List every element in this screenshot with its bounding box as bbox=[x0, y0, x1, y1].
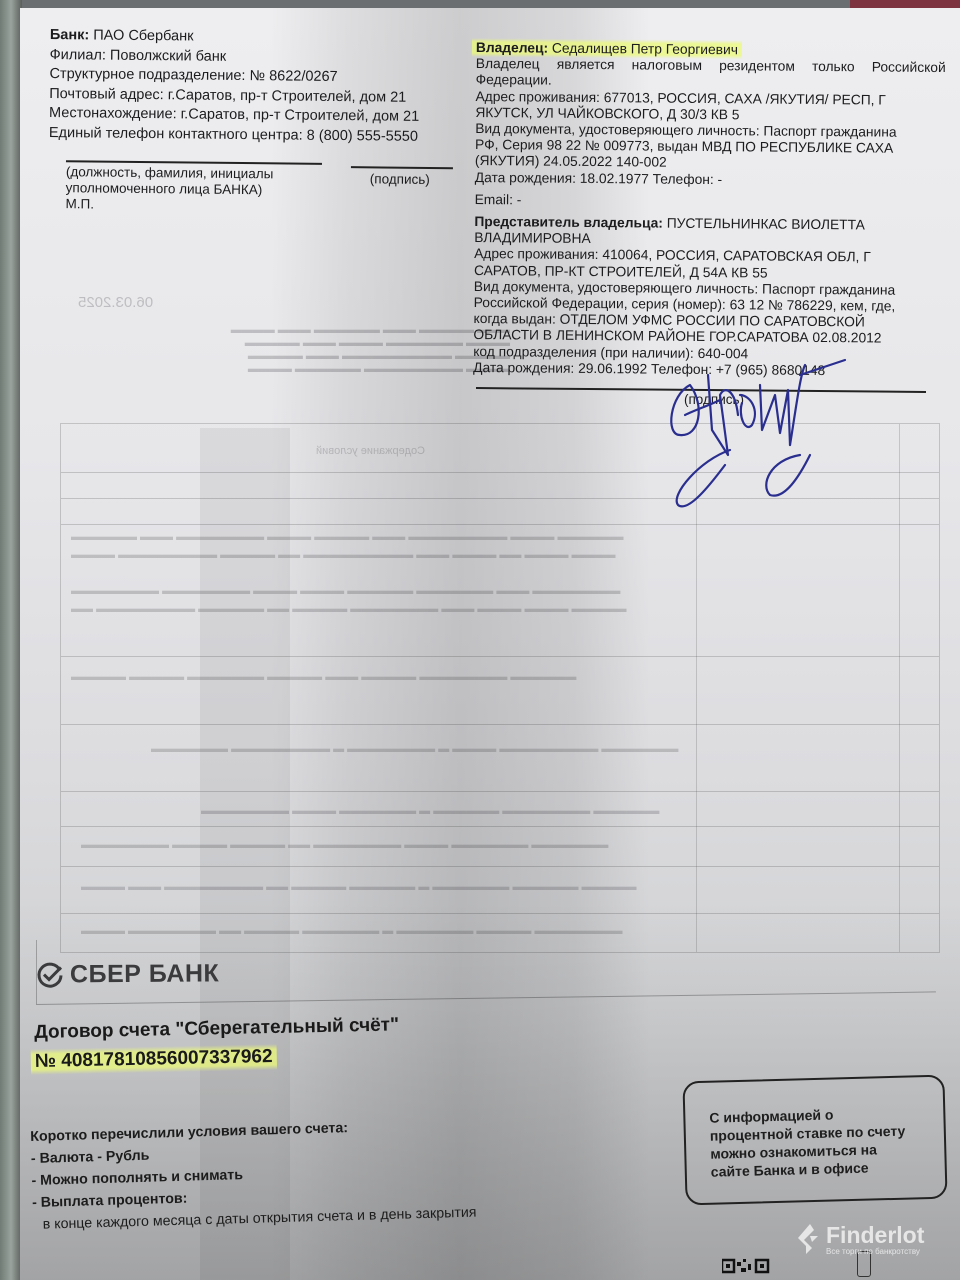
watermark-title: Finderlot bbox=[826, 1223, 924, 1247]
table-row bbox=[61, 656, 939, 657]
table-row bbox=[61, 724, 939, 725]
sber-logo-text: СБЕР БАНК bbox=[70, 959, 219, 989]
word: является bbox=[557, 57, 615, 74]
contract-title-block: Договор счета "Сберегательный счёт" № 40… bbox=[34, 1014, 400, 1075]
watermark-subtitle: Все торги по банкротству bbox=[826, 1247, 924, 1256]
word: только bbox=[812, 59, 855, 76]
owner-label: Владелец: bbox=[476, 40, 548, 56]
table-column-divider bbox=[899, 424, 900, 952]
show-through-text: ▬▬▬▬▬▬ ▬▬▬▬▬▬▬▬ ▬▬▬▬▬▬ ▬ ▬▬▬▬▬▬▬ ▬▬▬▬ ▬▬… bbox=[201, 804, 659, 818]
stamp-label: М.П. bbox=[65, 196, 335, 215]
adjacent-paper-edge bbox=[0, 0, 22, 1280]
show-through-date: 06.03.2025 bbox=[78, 294, 153, 312]
signature-caption: (подпись) bbox=[370, 171, 430, 188]
show-through-text: ▬▬▬▬▬▬▬▬ ▬▬▬▬▬ ▬▬▬▬▬▬▬ ▬ ▬▬▬▬▬▬▬ ▬▬▬▬▬ ▬… bbox=[81, 924, 622, 938]
interest-info-box: С информацией о процентной ставке по сче… bbox=[682, 1075, 947, 1206]
owner-details: Владелец: Седалищев Петр Георгиевич Влад… bbox=[473, 40, 946, 380]
word: Российской bbox=[872, 60, 946, 77]
show-through-text: ▬▬▬▬▬▬ ▬▬▬▬ ▬▬▬▬▬▬▬▬▬ ▬▬▬ ▬▬▬▬▬ ▬▬▬▬ ▬▬▬… bbox=[71, 530, 623, 544]
show-through-text: ▬▬▬▬▬▬▬▬ ▬▬▬ ▬▬▬▬▬▬▬ ▬▬▬▬▬▬ ▬▬▬▬ ▬▬▬▬ ▬▬… bbox=[71, 584, 620, 598]
sber-logo: СБЕР БАНК bbox=[36, 959, 219, 989]
table-row bbox=[61, 791, 939, 792]
show-through-text: ▬▬▬▬▬▬▬ ▬▬▬▬▬▬▬ ▬▬▬▬ ▬▬▬▬▬▬▬▬ ▬▬ ▬▬▬▬▬ ▬… bbox=[81, 838, 608, 852]
representative-name: ПУСТЕЛЬНИНКАС ВИОЛЕТТА bbox=[667, 216, 865, 233]
account-number: № 40817810856007337962 bbox=[31, 1044, 277, 1075]
show-through-paragraph: ▬▬▬ ▬▬▬▬▬ ▬▬▬ ▬▬▬▬▬▬ ▬▬▬ ▬▬▬▬▬▬▬▬ ▬▬▬▬▬▬… bbox=[130, 324, 510, 376]
representative-label: Представитель владельца: bbox=[474, 214, 663, 231]
handwritten-signature bbox=[650, 355, 890, 555]
bank-name: ПАО Сбербанк bbox=[93, 27, 193, 44]
word: налоговым bbox=[632, 58, 702, 75]
finderlot-watermark: Finderlot Все торги по банкротству bbox=[796, 1222, 924, 1256]
bank-details: Банк: ПАО Сбербанк Филиал: Поволжский ба… bbox=[49, 26, 490, 148]
show-through-table-header: Содержание условий bbox=[316, 444, 425, 458]
word: Владелец bbox=[476, 56, 540, 73]
show-through-text: ▬▬▬▬▬▬▬ ▬▬▬▬▬▬▬▬▬ ▬▬▬▬ ▬ ▬▬▬▬▬▬▬▬ ▬ ▬▬▬▬… bbox=[151, 742, 678, 756]
bank-label: Банк: bbox=[50, 27, 90, 43]
show-through-text: ▬▬▬▬▬ ▬▬▬▬▬▬ ▬▬▬▬▬▬▬ ▬ ▬▬▬▬▬▬ ▬▬▬▬▬ ▬▬ ▬… bbox=[81, 880, 637, 894]
owner-name: Седалищев Петр Георгиевич bbox=[552, 41, 738, 58]
finderlot-logo-icon bbox=[796, 1222, 822, 1256]
show-through-text: ▬▬▬▬▬▬ ▬▬▬▬▬▬▬▬ ▬▬▬▬▬ ▬▬▬ ▬▬▬▬▬ ▬▬▬▬▬▬▬ … bbox=[71, 670, 576, 684]
word: резидентом bbox=[719, 58, 795, 75]
account-terms: Коротко перечислили условия вашего счета… bbox=[30, 1114, 477, 1236]
sber-check-icon bbox=[36, 961, 64, 989]
table-row bbox=[61, 826, 939, 827]
show-through-text: ▬▬▬▬▬ ▬▬▬▬ ▬▬▬▬ ▬▬▬ ▬▬▬▬▬▬▬▬ ▬▬▬▬▬ ▬▬ ▬▬… bbox=[71, 602, 627, 616]
qr-code-icon bbox=[722, 1256, 770, 1280]
show-through-text: ▬▬▬▬ ▬▬▬▬ ▬▬ ▬▬▬▬ ▬▬▬ ▬▬▬▬▬▬▬▬▬▬ ▬▬ ▬▬▬▬… bbox=[71, 548, 616, 562]
position-name-caption: (должность, фамилия, инициалы уполномоче… bbox=[65, 164, 335, 215]
table-row bbox=[61, 913, 939, 914]
table-row bbox=[61, 866, 939, 867]
caption-line: уполномоченного лица БАНКА) bbox=[66, 180, 336, 199]
owner-name-line: Владелец: Седалищев Петр Георгиевич bbox=[476, 40, 946, 60]
